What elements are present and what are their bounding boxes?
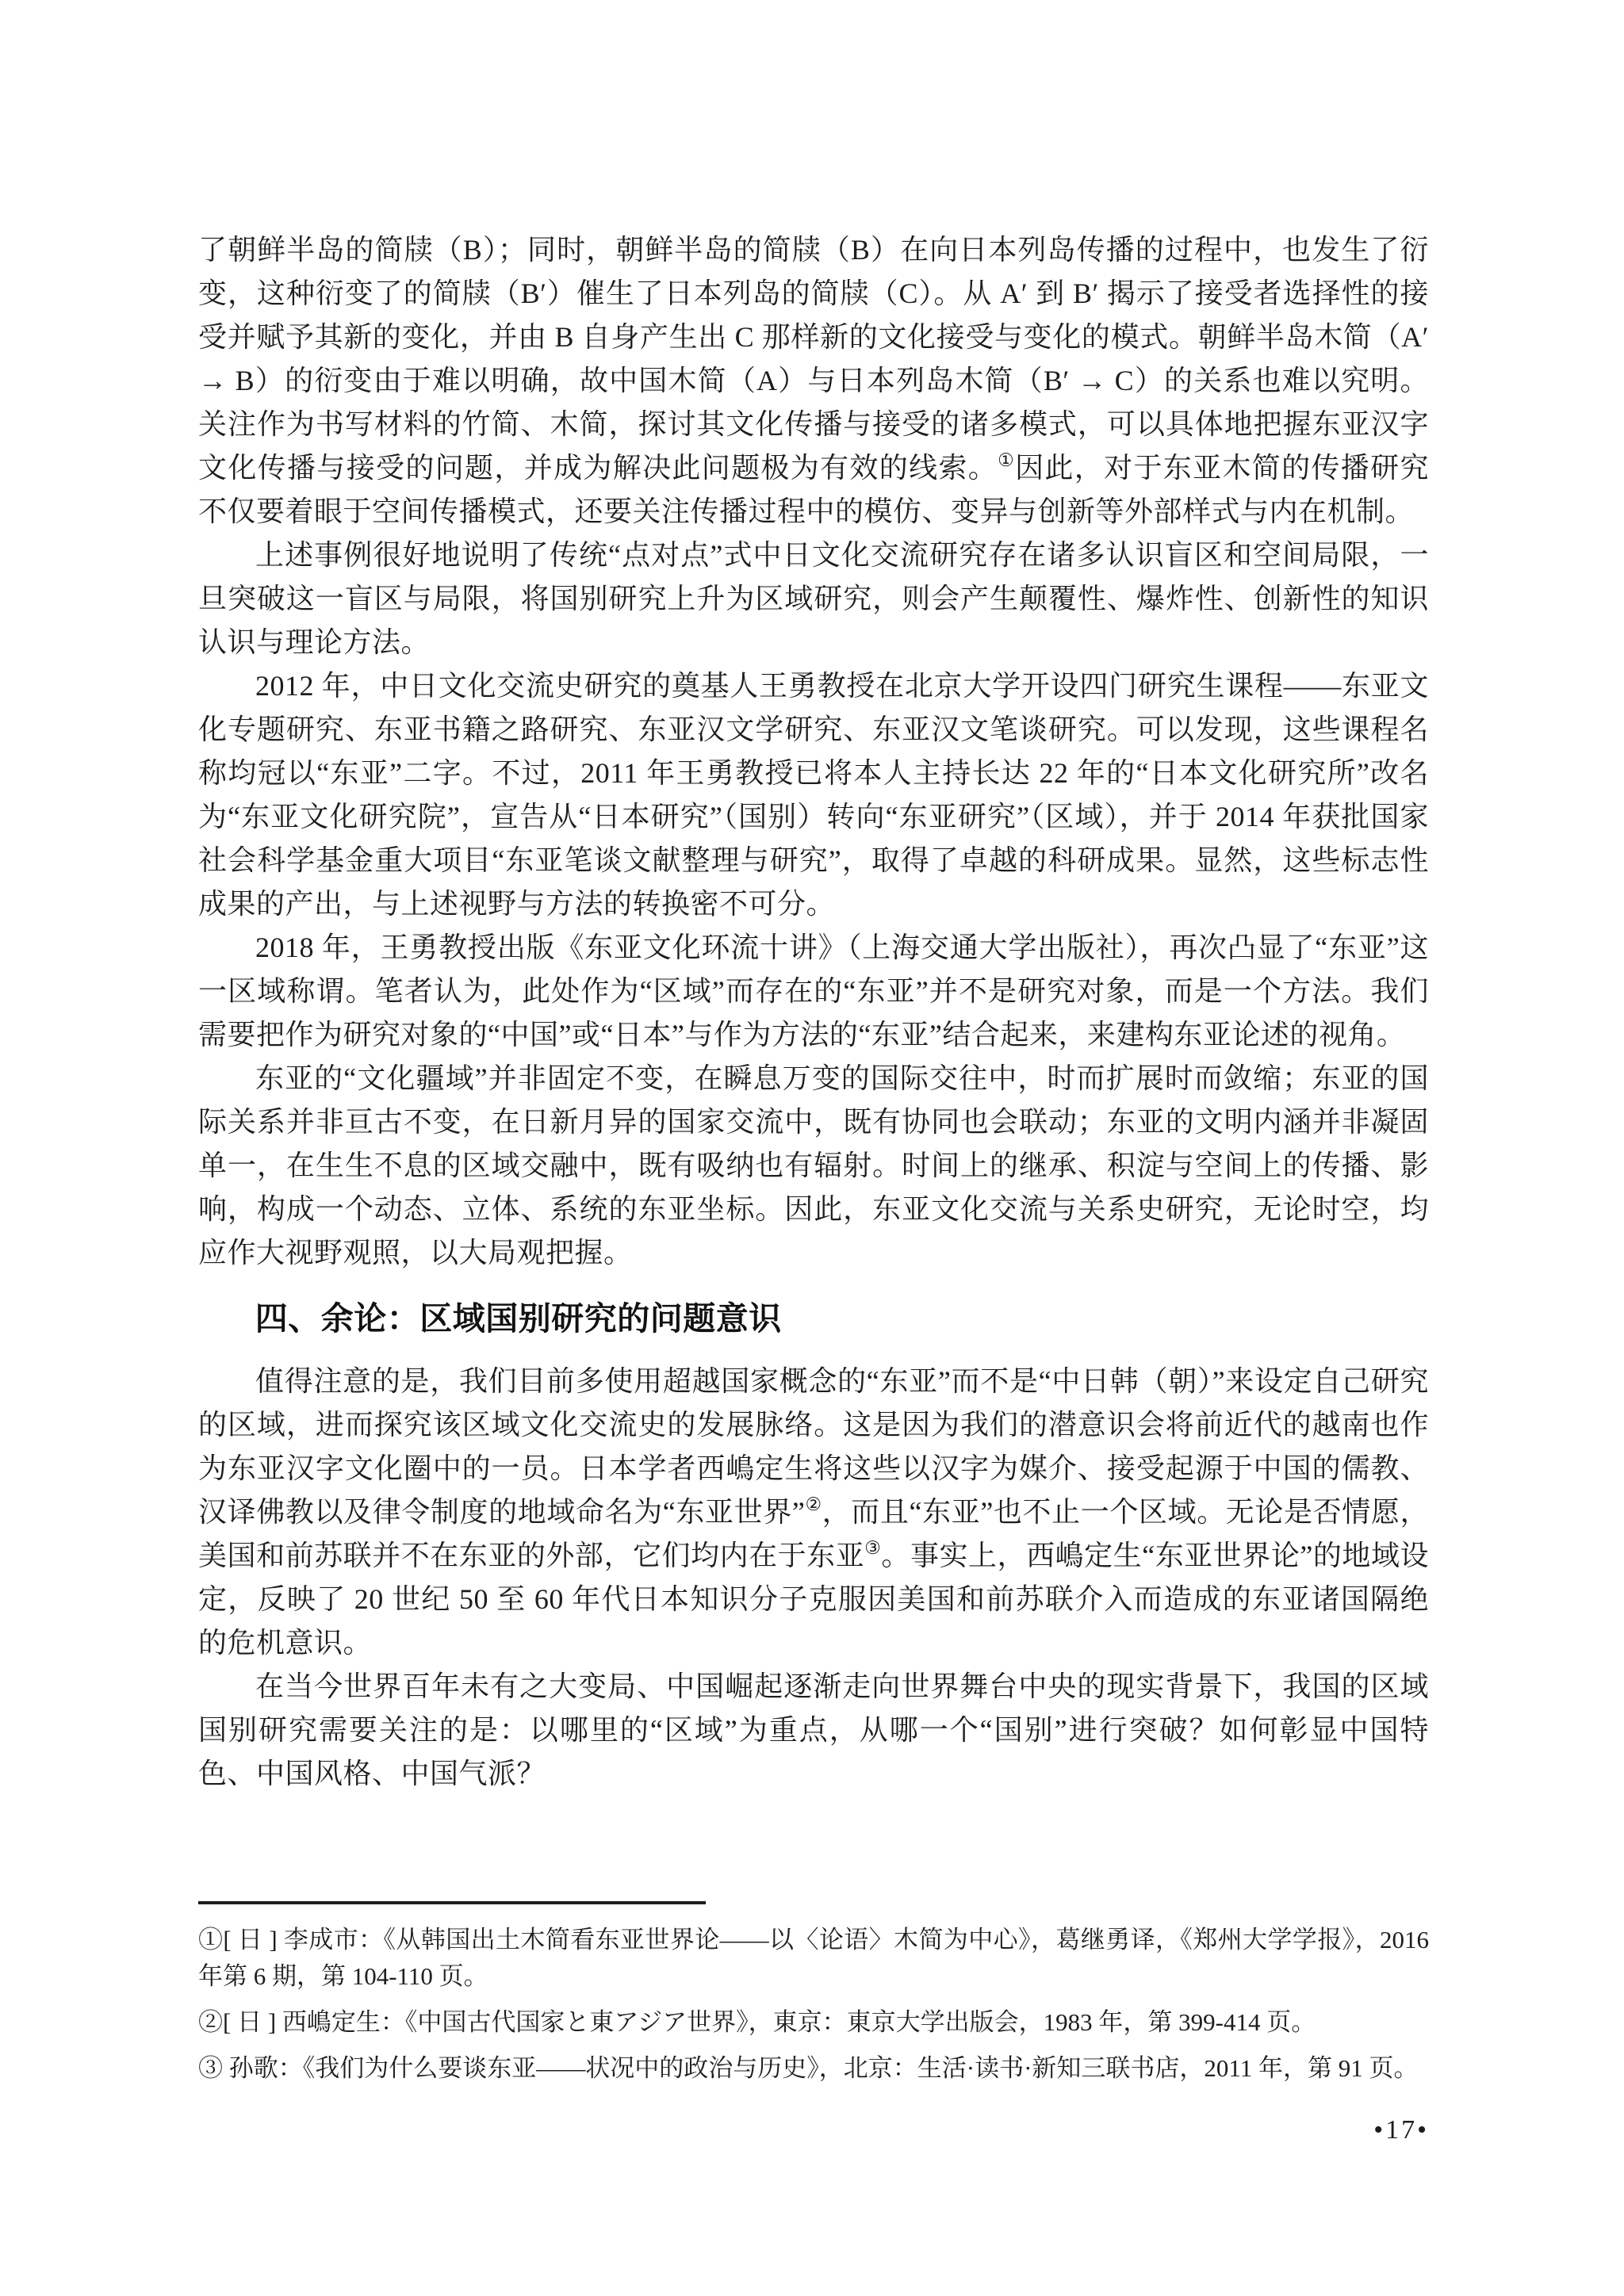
- page-number: •17•: [198, 2115, 1429, 2145]
- footnote-2: ②[ 日 ] 西嶋定生：《中国古代国家と東アジア世界》，東京：東京大学出版会，1…: [198, 2004, 1429, 2041]
- footnotes-section: ①[ 日 ] 李成市：《从韩国出土木简看东亚世界论——以〈论语〉木简为中心》，葛…: [198, 1901, 1429, 2096]
- footnote-1: ①[ 日 ] 李成市：《从韩国出土木简看东亚世界论——以〈论语〉木简为中心》，葛…: [198, 1922, 1429, 1995]
- footnote-3: ③ 孙歌：《我们为什么要谈东亚——状况中的政治与历史》，北京：生活·读书·新知三…: [198, 2050, 1429, 2087]
- paragraph-5: 东亚的“文化疆域”并非固定不变，在瞬息万变的国际交往中，时而扩展时而敛缩；东亚的…: [198, 1057, 1429, 1275]
- footnote-ref-2: ②: [805, 1494, 822, 1514]
- footnote-divider: [198, 1901, 706, 1904]
- paragraph-2: 上述事例很好地说明了传统“点对点”式中日文化交流研究存在诸多认识盲区和空间局限，…: [198, 534, 1429, 664]
- document-page: 了朝鲜半岛的简牍（B）；同时，朝鲜半岛的简牍（B）在向日本列岛传播的过程中，也发…: [0, 0, 1624, 2296]
- section-heading: 四、余论：区域国别研究的问题意识: [198, 1297, 1429, 1341]
- paragraph-4: 2018 年，王勇教授出版《东亚文化环流十讲》（上海交通大学出版社），再次凸显了…: [198, 926, 1429, 1057]
- paragraph-1-text: 了朝鲜半岛的简牍（B）；同时，朝鲜半岛的简牍（B）在向日本列岛传播的过程中，也发…: [198, 234, 1429, 484]
- paragraph-6: 值得注意的是，我们目前多使用超越国家概念的“东亚”而不是“中日韩（朝）”来设定自…: [198, 1360, 1429, 1665]
- footnote-ref-1: ①: [998, 450, 1015, 470]
- paragraph-7: 在当今世界百年未有之大变局、中国崛起逐渐走向世界舞台中央的现实背景下，我国的区域…: [198, 1665, 1429, 1796]
- page-body-text: 了朝鲜半岛的简牍（B）；同时，朝鲜半岛的简牍（B）在向日本列岛传播的过程中，也发…: [198, 228, 1429, 1796]
- footnote-ref-3: ③: [864, 1538, 881, 1558]
- paragraph-3: 2012 年，中日文化交流史研究的奠基人王勇教授在北京大学开设四门研究生课程——…: [198, 664, 1429, 926]
- paragraph-1: 了朝鲜半岛的简牍（B）；同时，朝鲜半岛的简牍（B）在向日本列岛传播的过程中，也发…: [198, 228, 1429, 534]
